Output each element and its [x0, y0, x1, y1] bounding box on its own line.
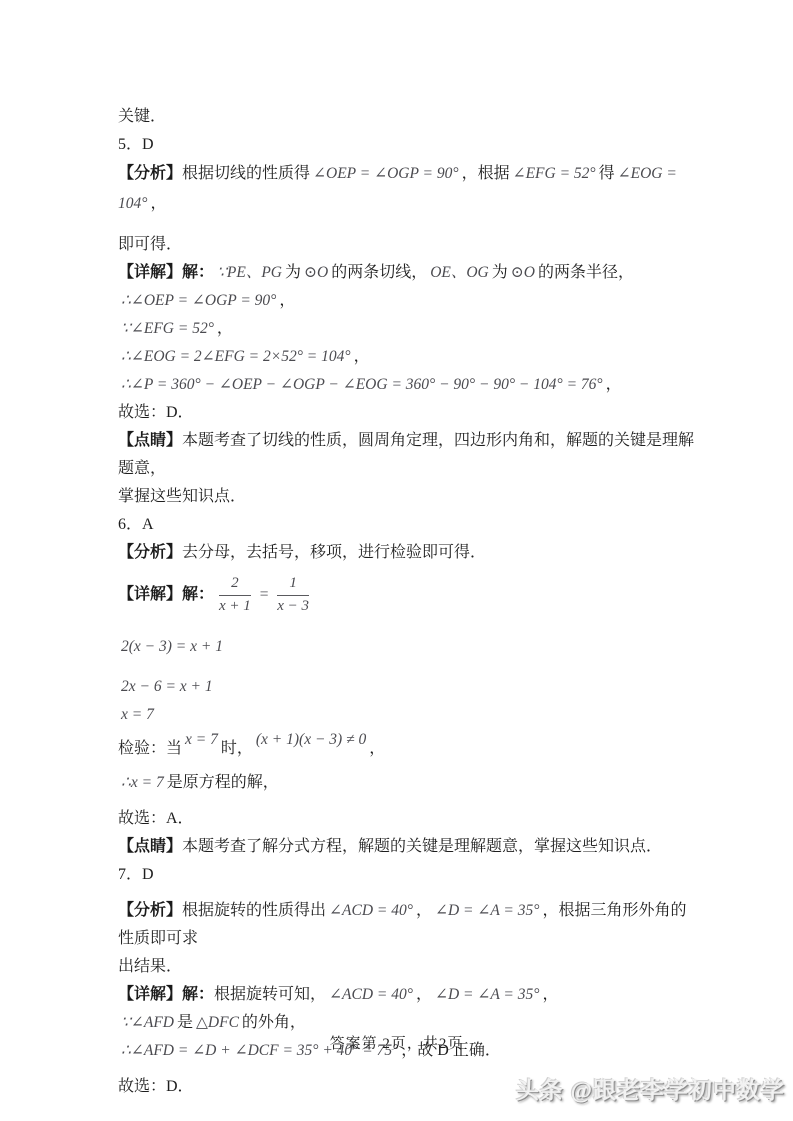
text-run: 【详解】解：: [118, 986, 214, 1003]
text-run: 时，: [221, 740, 253, 757]
math-run: (x + 1)(x − 3) ≠ 0: [253, 731, 369, 748]
document-line: 2(x − 3) = x + 1: [118, 633, 695, 661]
math-run: ∠ACD = 40°: [326, 902, 416, 919]
document-line: ∵∠EFG = 52°，: [118, 315, 695, 343]
text-run: ，: [279, 292, 295, 309]
text-run: 的外角，: [242, 1014, 306, 1031]
math-run: 2x − 6 = x + 1: [118, 678, 216, 695]
document-line: 【分析】去分母，去括号，移项，进行检验即可得．: [118, 539, 695, 567]
document-line: 掌握这些知识点．: [118, 483, 695, 511]
text-run: 得: [599, 165, 615, 182]
document-line: 5．D: [118, 131, 695, 159]
text-run: 掌握这些知识点．: [118, 488, 246, 505]
math-run: ∠EFG = 52°: [510, 165, 599, 182]
text-run: 根据旋转可知，: [214, 986, 326, 1003]
text-run: 即可得．: [118, 236, 182, 253]
text-run: 5．D: [118, 136, 154, 153]
fraction-numerator: 1: [277, 574, 309, 596]
math-run: ∵∠EFG = 52°: [118, 320, 217, 337]
math-run: ∠OEP = ∠OGP = 90°: [310, 165, 462, 182]
math-run: ⊙O: [508, 264, 538, 281]
math-run: ∠D = ∠A = 35°: [432, 902, 542, 919]
text-run: 【详解】解：: [118, 264, 214, 281]
math-run: ∴∠EOG = 2∠EFG = 2×52° = 104°: [118, 348, 354, 365]
document-line: 【点睛】本题考查了切线的性质，圆周角定理，四边形内角和，解题的关键是理解题意，: [118, 427, 695, 483]
document-line: 【详解】解：∵PE、PG为⊙O的两条切线，OE、OG为⊙O的两条半径，: [118, 259, 695, 287]
text-run: ，根据: [462, 165, 510, 182]
math-run: OE、OG: [427, 264, 492, 281]
math-run: ∵∠AFD: [118, 1014, 177, 1031]
document-page: 关键．5．D【分析】根据切线的性质得∠OEP = ∠OGP = 90°，根据∠E…: [0, 0, 793, 1121]
text-run: 故选：A．: [118, 810, 194, 827]
text-run: 【点睛】: [118, 838, 182, 855]
text-run: 检验：当: [118, 740, 182, 757]
document-line: 检验：当x = 7时，(x + 1)(x − 3) ≠ 0，: [118, 729, 695, 769]
text-run: 是原方程的解，: [167, 774, 279, 791]
text-run: 【分析】: [118, 165, 182, 182]
text-run: ，: [150, 195, 166, 212]
document-line: 【详解】解：根据旋转可知，∠ACD = 40°，∠D = ∠A = 35°，: [118, 981, 695, 1009]
text-run: 根据旋转的性质得出: [182, 902, 326, 919]
watermark: 头条 @跟老李学初中数学: [516, 1072, 785, 1105]
text-run: 根据切线的性质得: [182, 165, 310, 182]
document-line: 6．A: [118, 511, 695, 539]
document-line: 7．D: [118, 861, 695, 889]
document-line: 【分析】根据切线的性质得∠OEP = ∠OGP = 90°，根据∠EFG = 5…: [118, 159, 695, 219]
document-line: ∴∠EOG = 2∠EFG = 2×52° = 104°，: [118, 343, 695, 371]
text-run: 去分母，去括号，移项，进行检验即可得．: [182, 544, 486, 561]
document-line: x = 7: [118, 701, 695, 729]
fraction-denominator: x + 1: [219, 596, 251, 617]
text-run: ，: [354, 348, 370, 365]
text-run: 本题考查了切线的性质，圆周角定理，四边形内角和，解题的关键是理解题意，: [118, 432, 694, 477]
document-line: 故选：D．: [118, 399, 695, 427]
text-run: ，: [542, 986, 558, 1003]
fraction: 1x − 3: [277, 574, 309, 616]
document-line: ∴x = 7是原方程的解，: [118, 769, 695, 797]
text-run: ，: [416, 902, 432, 919]
document-line: 故选：A．: [118, 805, 695, 833]
document-line: ∴∠OEP = ∠OGP = 90°，: [118, 287, 695, 315]
document-body: 关键．5．D【分析】根据切线的性质得∠OEP = ∠OGP = 90°，根据∠E…: [0, 0, 793, 1101]
math-run: ∠D = ∠A = 35°: [432, 986, 542, 1003]
math-run: △DFC: [193, 1014, 242, 1031]
fraction-numerator: 2: [219, 574, 251, 596]
text-run: 出结果．: [118, 958, 182, 975]
text-run: ，: [416, 986, 432, 1003]
math-run: ⊙O: [301, 264, 331, 281]
text-run: 故选：D．: [118, 404, 194, 421]
text-run: 【分析】: [118, 544, 182, 561]
text-run: 故选：D．: [118, 1078, 194, 1095]
document-line: 2x − 6 = x + 1: [118, 673, 695, 701]
text-run: 【详解】解：: [118, 581, 214, 609]
fraction-denominator: x − 3: [277, 596, 309, 617]
document-line: 关键．: [118, 103, 695, 131]
text-run: 为: [285, 264, 301, 281]
fraction: 2x + 1: [219, 574, 251, 616]
math-run: ∠ACD = 40°: [326, 986, 416, 1003]
document-line: 【点睛】本题考查了解分式方程，解题的关键是理解题意，掌握这些知识点．: [118, 833, 695, 861]
math-run: ∵PE、PG: [214, 264, 285, 281]
text-run: 是: [177, 1014, 193, 1031]
document-line: 【分析】根据旋转的性质得出∠ACD = 40°，∠D = ∠A = 35°，根据…: [118, 897, 695, 953]
math-run: =: [256, 581, 272, 609]
text-run: 本题考查了解分式方程，解题的关键是理解题意，掌握这些知识点．: [182, 838, 662, 855]
document-line: 即可得．: [118, 231, 695, 259]
math-run: 2(x − 3) = x + 1: [118, 638, 226, 655]
text-run: ，: [217, 320, 233, 337]
text-run: 6．A: [118, 516, 154, 533]
text-run: 为: [492, 264, 508, 281]
text-run: 【点睛】: [118, 432, 182, 449]
math-run: x = 7: [182, 731, 221, 748]
page-footer: 答案第 2页，共2页: [0, 1032, 793, 1053]
text-run: 【分析】: [118, 902, 182, 919]
math-run: ∴∠P = 360° − ∠OEP − ∠OGP − ∠EOG = 360° −…: [118, 376, 606, 393]
math-run: ∴x = 7: [118, 774, 167, 791]
text-run: 的两条半径，: [538, 264, 634, 281]
text-run: 关键．: [118, 108, 166, 125]
text-run: ，: [606, 376, 622, 393]
text-run: 的两条切线，: [331, 264, 427, 281]
document-line: 【详解】解：2x + 1=1x − 3: [118, 567, 695, 623]
document-line: ∴∠P = 360° − ∠OEP − ∠OGP − ∠EOG = 360° −…: [118, 371, 695, 399]
text-run: 7．D: [118, 866, 154, 883]
math-run: x = 7: [118, 706, 157, 723]
text-run: ，: [369, 740, 385, 757]
document-line: 出结果．: [118, 953, 695, 981]
math-run: ∴∠OEP = ∠OGP = 90°: [118, 292, 279, 309]
